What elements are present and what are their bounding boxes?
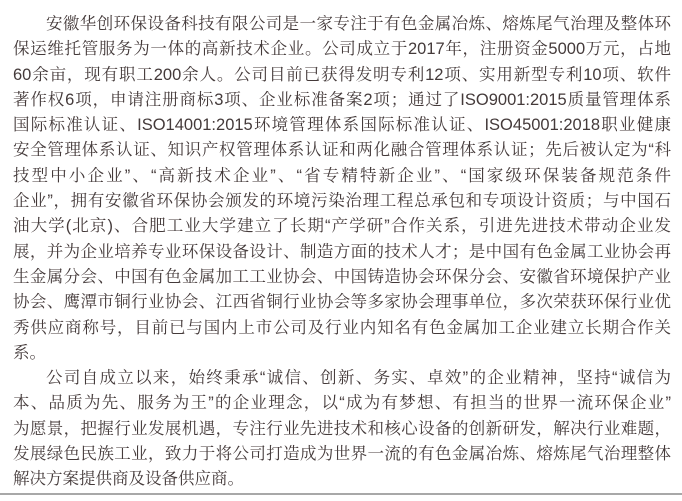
text-line: 展，并为企业培养专业环保设备设计、制造方面的技术人才；是中国有色金属工业协会再: [13, 240, 671, 265]
text-line: 企业”，拥有安徽省环保协会颁发的环境污染治理工程总承包和专项设计资质；与中国石: [13, 189, 671, 214]
text-line: 生金属分会、中国有色金属加工工业协会、中国铸造协会环保分会、安徽省环境保护产业: [13, 265, 671, 290]
company-intro-page: 安徽华创环保设备科技有限公司是一家专注于有色金属冶炼、熔炼尾气治理及整体环保运维…: [0, 0, 682, 501]
text-line: 解决方案提供商及设备供应商。: [13, 467, 671, 492]
paragraph: 安徽华创环保设备科技有限公司是一家专注于有色金属冶炼、熔炼尾气治理及整体环保运维…: [13, 12, 671, 366]
text-line: 协会、鹰潭市铜行业协会、江西省铜行业协会等多家协会理事单位，多次荣获环保行业优: [13, 290, 671, 315]
text-line: 技型中小企业”、“高新技术企业”、“省专精特新企业”、“国家级环保装备规范条件: [13, 164, 671, 189]
text-line: 本、品质为先、服务为王”的企业理念，以“成为有梦想、有担当的世界一流环保企业”: [13, 391, 671, 416]
text-line: 安徽华创环保设备科技有限公司是一家专注于有色金属冶炼、熔炼尾气治理及整体环: [13, 12, 671, 37]
text-line: 油大学(北京)、合肥工业大学建立了长期“产学研”合作关系，引进先进技术带动企业发: [13, 214, 671, 239]
text-line: 国际标准认证、ISO14001:2015环境管理体系国际标准认证、ISO4500…: [13, 113, 671, 138]
paragraph: 公司自成立以来，始终秉承“诚信、创新、务实、卓效”的企业精神，坚持“诚信为本、品…: [13, 366, 671, 492]
text-line: 60余亩，现有职工200余人。公司目前已获得发明专利12项、实用新型专利10项、…: [13, 63, 671, 88]
text-line: 保运维托管服务为一体的高新技术企业。公司成立于2017年，注册资金5000万元，…: [13, 37, 671, 62]
bottom-divider: [0, 493, 682, 495]
text-line: 公司自成立以来，始终秉承“诚信、创新、务实、卓效”的企业精神，坚持“诚信为: [13, 366, 671, 391]
text-line: 著作权6项，申请注册商标3项、企业标准备案2项；通过了ISO9001:2015质…: [13, 88, 671, 113]
text-line: 系。: [13, 341, 671, 366]
text-line: 为愿景，把握行业发展机遇，专注行业先进技术和核心设备的创新研发，解决行业难题，: [13, 417, 671, 442]
text-line: 发展绿色民族工业，致力于将公司打造成为世界一流的有色金属冶炼、熔炼尾气治理整体: [13, 442, 671, 467]
company-intro-document: 安徽华创环保设备科技有限公司是一家专注于有色金属冶炼、熔炼尾气治理及整体环保运维…: [13, 12, 671, 493]
text-line: 秀供应商称号，目前已与国内上市公司及行业内知名有色金属加工企业建立长期合作关: [13, 316, 671, 341]
text-line: 安全管理体系认证、知识产权管理体系认证和两化融合管理体系认证；先后被认定为“科: [13, 138, 671, 163]
